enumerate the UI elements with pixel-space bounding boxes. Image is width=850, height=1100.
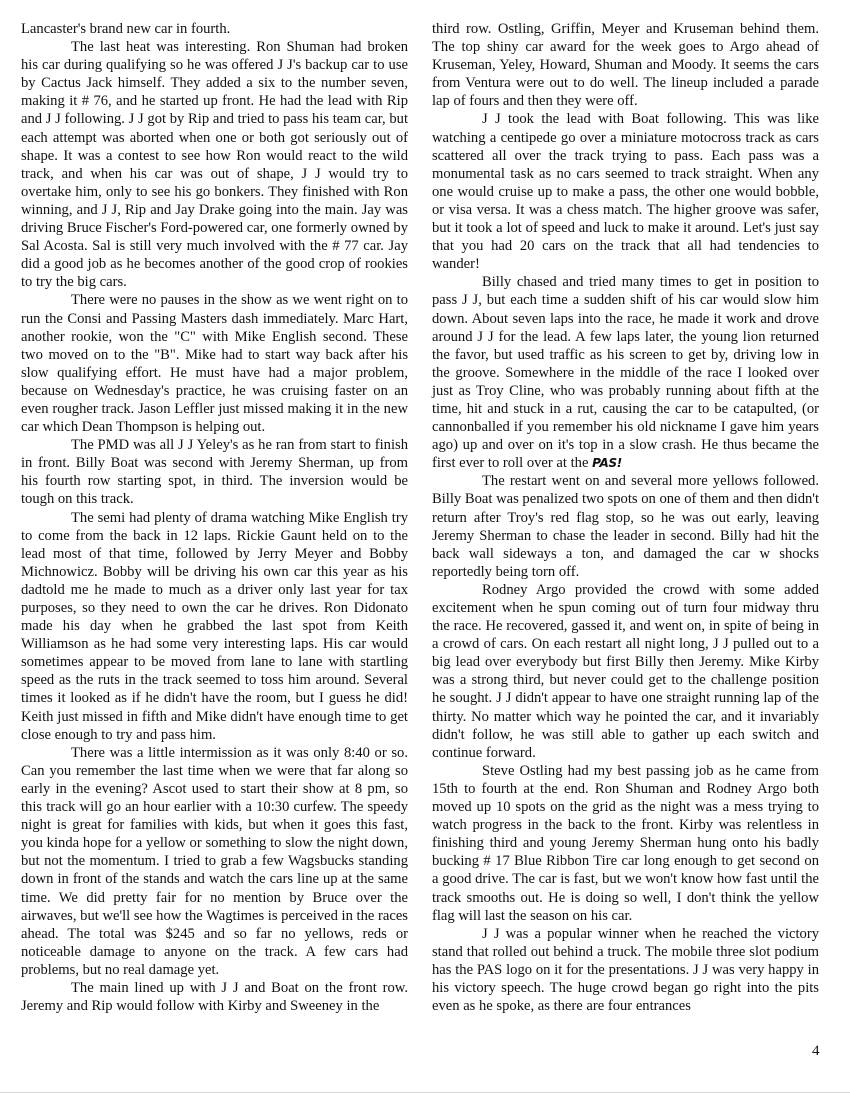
left-column: Lancaster's brand new car in fourth. The… (21, 20, 408, 1015)
paragraph: The semi had plenty of drama watching Mi… (21, 509, 408, 744)
paragraph: There were no pauses in the show as we w… (21, 291, 408, 436)
pas-logo: PAS! (592, 456, 622, 470)
page-number: 4 (812, 1043, 820, 1060)
paragraph-text: Billy chased and tried many times to get… (432, 274, 819, 471)
right-column: third row. Ostling, Griffin, Meyer and K… (432, 20, 819, 1015)
paragraph: The restart went on and several more yel… (432, 472, 819, 581)
paragraph: Lancaster's brand new car in fourth. (21, 20, 408, 38)
paragraph: third row. Ostling, Griffin, Meyer and K… (432, 20, 819, 110)
paragraph: Rodney Argo provided the crowd with some… (432, 581, 819, 762)
paragraph: J J took the lead with Boat following. T… (432, 110, 819, 273)
paragraph: J J was a popular winner when he reached… (432, 925, 819, 1015)
paragraph: The last heat was interesting. Ron Shuma… (21, 38, 408, 291)
paragraph: The PMD was all J J Yeley's as he ran fr… (21, 436, 408, 508)
paragraph: The main lined up with J J and Boat on t… (21, 979, 408, 1015)
paragraph: Billy chased and tried many times to get… (432, 273, 819, 472)
paragraph: Steve Ostling had my best passing job as… (432, 762, 819, 925)
paragraph: There was a little intermission as it wa… (21, 744, 408, 979)
bottom-rule (0, 1092, 850, 1093)
